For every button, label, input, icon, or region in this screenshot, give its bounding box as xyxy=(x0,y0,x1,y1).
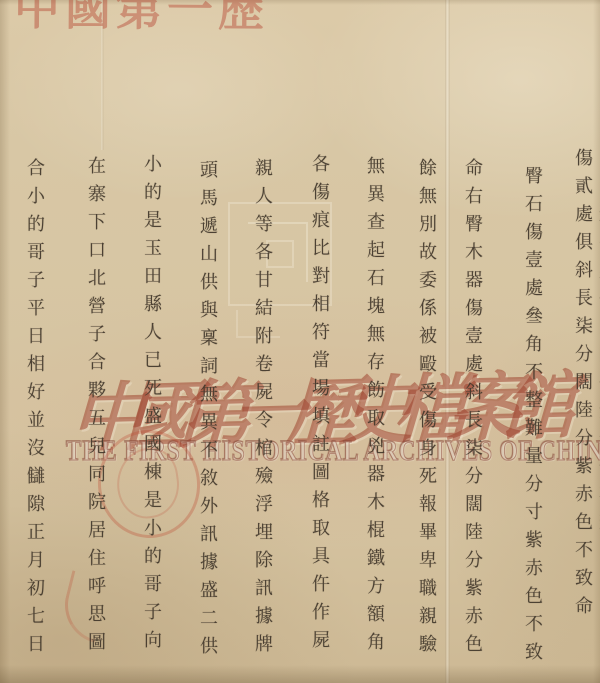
text-column-9: 小的是玉田縣人已死盛國棟是小的哥子向 xyxy=(138,154,164,658)
text-column-3: 命右臀木器傷壹處斜長柒分闊陸分紫赤色 xyxy=(459,158,485,662)
page-edge-left xyxy=(0,0,10,683)
document-page: 中國第一歷 中國第一歷史檔案館 THE FIRST HISTORICAL ARC… xyxy=(0,0,600,683)
page-edge-bottom xyxy=(0,665,600,683)
text-column-2: 臀石傷壹處叄角不整難量分寸紫赤色不致 xyxy=(519,166,545,670)
fold-crease xyxy=(445,0,450,683)
text-column-6: 各傷痕比對相符當場填註圖格取具仵作屍 xyxy=(306,154,332,658)
text-column-1: 傷貳處俱斜長柒分闊陸分紫赤色不致命 xyxy=(569,148,595,624)
text-column-8: 頭馬遞山供與稟詞無異不敘外訊據盛二供 xyxy=(194,160,220,664)
text-column-5: 無異查起石塊無存飭取兇器木棍鐵方額角 xyxy=(361,156,387,660)
text-column-partial-right: 斜長柒分闊陸分紫赤色不致 xyxy=(593,205,600,541)
text-column-4: 餘無別故委係被毆受傷身死報畢卑職親驗 xyxy=(413,158,439,662)
torn-watermark-top: 中國第一歷 xyxy=(14,0,269,40)
text-column-7: 親人等各甘結附卷屍令棺殮浮埋除訊據牌 xyxy=(249,158,275,662)
text-column-10: 在寨下口北營子合夥五兒同院居住呼思圖 xyxy=(82,156,108,660)
text-column-11: 合小的哥子平日相好並沒讎隙正月初七日 xyxy=(21,158,47,662)
